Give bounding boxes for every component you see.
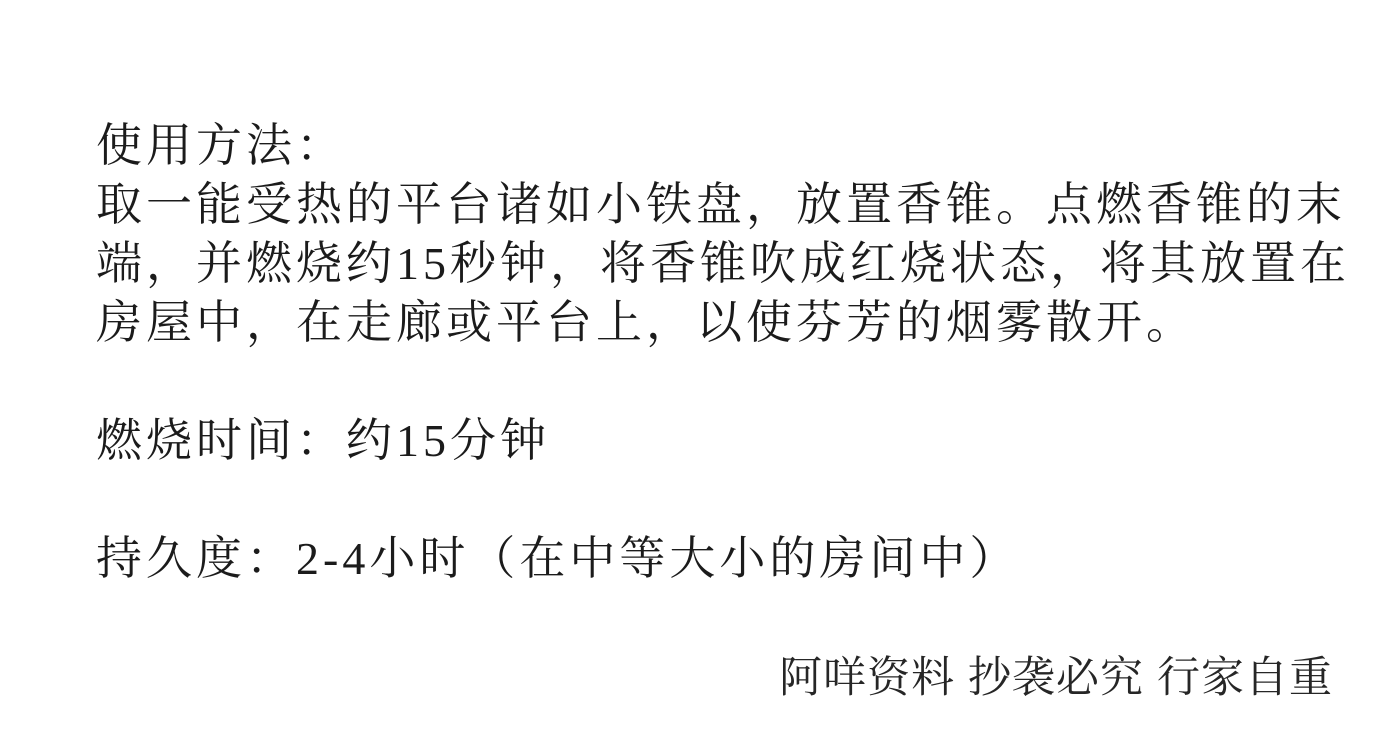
- duration-line: 持久度：2-4小时（在中等大小的房间中）: [96, 529, 1350, 588]
- document-page: 使用方法： 取一能受热的平台诸如小铁盘，放置香锥。点燃香锥的末 端，并燃烧约15…: [0, 0, 1391, 736]
- instructions-block: 使用方法： 取一能受热的平台诸如小铁盘，放置香锥。点燃香锥的末 端，并燃烧约15…: [96, 116, 1350, 588]
- spacer-line-1: [96, 352, 1350, 411]
- usage-line-2: 端，并燃烧约15秒钟，将香锥吹成红烧状态，将其放置在: [96, 234, 1350, 293]
- burn-time-line: 燃烧时间：约15分钟: [96, 411, 1350, 470]
- usage-line-1: 取一能受热的平台诸如小铁盘，放置香锥。点燃香锥的末: [96, 175, 1350, 234]
- usage-title: 使用方法：: [96, 116, 1350, 175]
- spacer-line-2: [96, 470, 1350, 529]
- usage-line-3: 房屋中，在走廊或平台上，以使芬芳的烟雾散开。: [96, 293, 1350, 352]
- watermark: 阿咩资料 抄袭必究 行家自重: [779, 644, 1333, 705]
